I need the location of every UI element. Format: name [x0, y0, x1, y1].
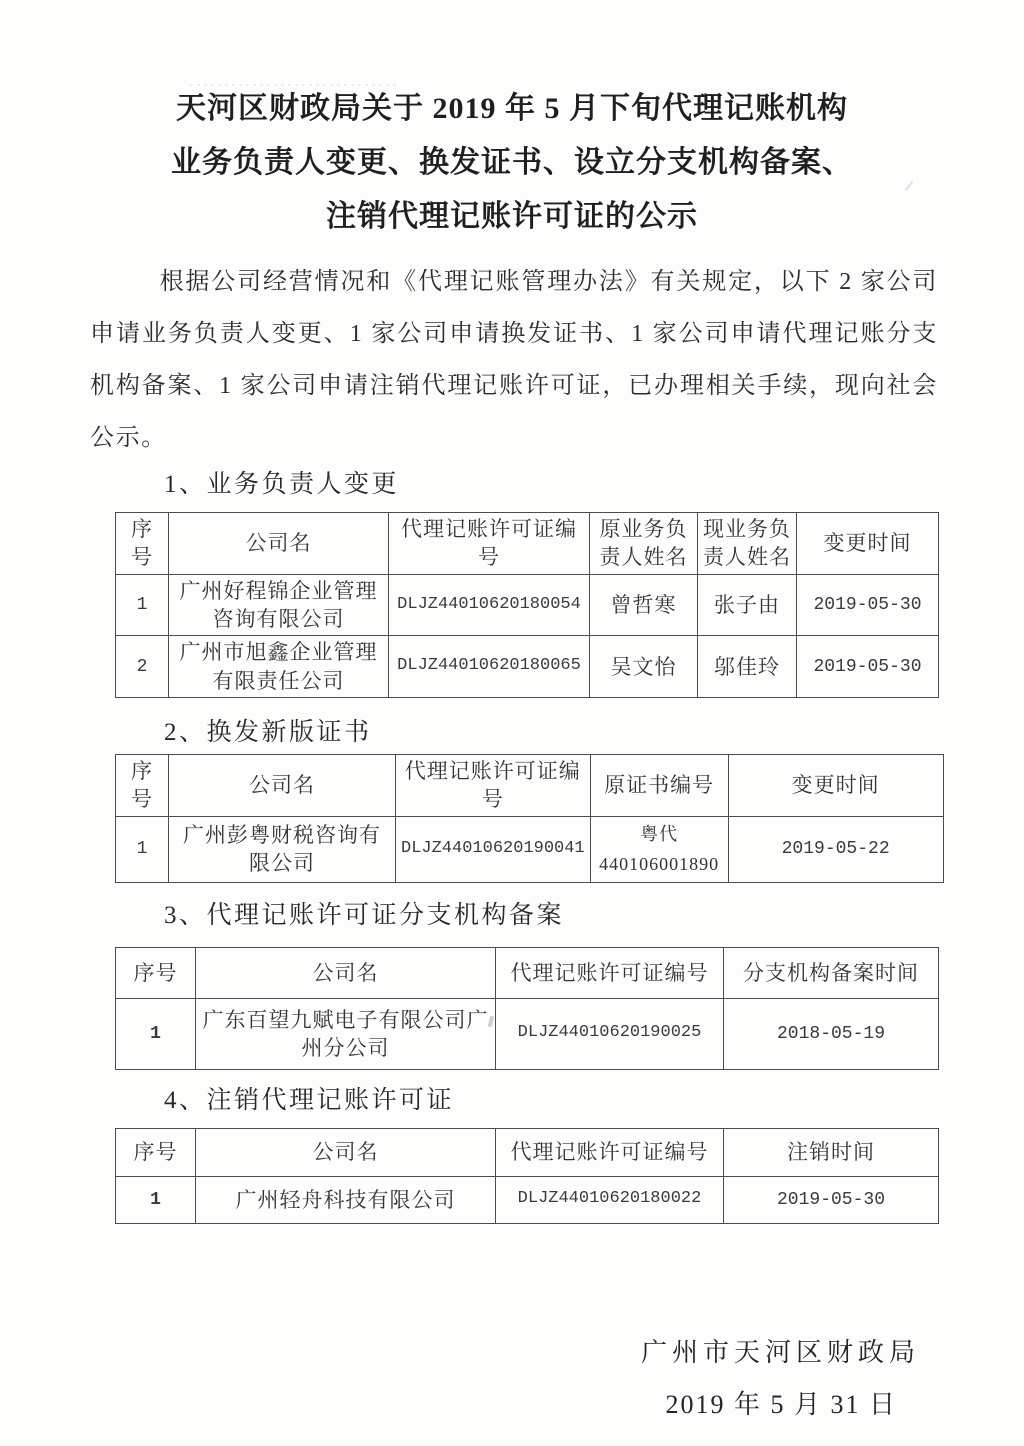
cell-company: 广州好程锦企业管理咨询有限公司 — [169, 574, 389, 636]
cell-company: 广州彭粤财税咨询有限公司 — [169, 816, 396, 882]
col-header-new-manager: 现业务负责人姓名 — [698, 513, 797, 575]
col-header-license-no: 代理记账许可证编号 — [496, 947, 724, 998]
title-line-3: 注销代理记账许可证的公示 — [70, 190, 954, 244]
cell-license-no: DLJZ44010620180022 — [496, 1176, 724, 1223]
table-license-cancellation: 序号 公司名 代理记账许可证编号 注销时间 1 广州轻舟科技有限公司 DLJZ4… — [115, 1128, 939, 1224]
section-2-heading: 2、换发新版证书 — [164, 716, 1024, 750]
table-certificate-renewal: 序号 公司名 代理记账许可证编号 原证书编号 变更时间 1 广州彭粤财税咨询有限… — [115, 754, 944, 883]
table-header-row: 序号 公司名 代理记账许可证编号 原业务负责人姓名 现业务负责人姓名 变更时间 — [116, 513, 939, 575]
cell-license-no: DLJZ44010620180054 — [389, 574, 590, 636]
title-line-2: 业务负责人变更、换发证书、设立分支机构备案、 — [70, 136, 954, 190]
col-header-cancel-date: 注销时间 — [724, 1128, 939, 1176]
cell-new-manager: 邬佳玲 — [698, 636, 797, 698]
section-4-heading: 4、注销代理记账许可证 — [164, 1084, 1024, 1118]
col-header-index: 序号 — [116, 755, 169, 817]
col-header-change-date: 变更时间 — [728, 755, 943, 817]
cell-new-manager: 张子由 — [698, 574, 797, 636]
cell-branch-filing-date: 2018-05-19 — [724, 998, 939, 1069]
cell-old-manager: 曾哲寒 — [590, 574, 698, 636]
cell-company: 广州轻舟科技有限公司 — [196, 1176, 496, 1223]
scan-artifact — [190, 84, 400, 86]
col-header-license-no: 代理记账许可证编号 — [496, 1128, 724, 1176]
cell-index: 2 — [116, 636, 169, 698]
table-row: 2 广州市旭鑫企业管理有限责任公司 DLJZ44010620180065 吴文怡… — [116, 636, 939, 698]
cell-company: 广州市旭鑫企业管理有限责任公司 — [169, 636, 389, 698]
col-header-license-no: 代理记账许可证编号 — [396, 755, 591, 817]
table-manager-change: 序号 公司名 代理记账许可证编号 原业务负责人姓名 现业务负责人姓名 变更时间 … — [115, 512, 939, 698]
table-row: 1 广州彭粤财税咨询有限公司 DLJZ44010620190041 粤代 440… — [116, 816, 944, 882]
col-header-index: 序号 — [116, 513, 169, 575]
cell-index: 1 — [116, 816, 169, 882]
table-header-row: 序号 公司名 代理记账许可证编号 注销时间 — [116, 1128, 939, 1176]
cell-old-cert-no: 粤代 440106001890 — [590, 816, 728, 882]
col-header-company: 公司名 — [196, 947, 496, 998]
signature-block: 广州市天河区财政局 2019 年 5 月 31 日 — [0, 1336, 1024, 1422]
table-branch-filing: 序号 公司名 代理记账许可证编号 分支机构备案时间 1 广东百望九赋电子有限公司… — [115, 947, 939, 1070]
col-header-old-cert-no: 原证书编号 — [590, 755, 728, 817]
cell-license-no: DLJZ44010620190025 — [496, 998, 724, 1069]
col-header-company: 公司名 — [169, 755, 396, 817]
title-line-1: 天河区财政局关于 2019 年 5 月下旬代理记账机构 — [70, 82, 954, 136]
cell-change-date: 2019-05-22 — [728, 816, 943, 882]
document-title: 天河区财政局关于 2019 年 5 月下旬代理记账机构 业务负责人变更、换发证书… — [70, 82, 954, 244]
col-header-company: 公司名 — [169, 513, 389, 575]
col-header-license-no: 代理记账许可证编号 — [389, 513, 590, 575]
cell-license-no: DLJZ44010620190041 — [396, 816, 591, 882]
cell-index: 1 — [116, 1176, 196, 1223]
signature-org: 广州市天河区财政局 — [0, 1336, 1024, 1370]
table-header-row: 序号 公司名 代理记账许可证编号 分支机构备案时间 — [116, 947, 939, 998]
col-header-branch-filing-date: 分支机构备案时间 — [724, 947, 939, 998]
cell-old-manager: 吴文怡 — [590, 636, 698, 698]
document-page: 天河区财政局关于 2019 年 5 月下旬代理记账机构 业务负责人变更、换发证书… — [0, 0, 1024, 1446]
table-row: 1 广东百望九赋电子有限公司广州分公司 DLJZ44010620190025 2… — [116, 998, 939, 1069]
col-header-change-date: 变更时间 — [797, 513, 939, 575]
section-1-heading: 1、业务负责人变更 — [164, 468, 1024, 502]
cell-company: 广东百望九赋电子有限公司广州分公司 — [196, 998, 496, 1069]
section-3-heading: 3、代理记账许可证分支机构备案 — [164, 899, 1024, 933]
cell-change-date: 2019-05-30 — [797, 636, 939, 698]
cell-license-no: DLJZ44010620180065 — [389, 636, 590, 698]
table-row: 1 广州轻舟科技有限公司 DLJZ44010620180022 2019-05-… — [116, 1176, 939, 1223]
table-header-row: 序号 公司名 代理记账许可证编号 原证书编号 变更时间 — [116, 755, 944, 817]
intro-paragraph: 根据公司经营情况和《代理记账管理办法》有关规定，以下 2 家公司申请业务负责人变… — [90, 256, 938, 464]
cell-change-date: 2019-05-30 — [797, 574, 939, 636]
cell-index: 1 — [116, 998, 196, 1069]
col-header-old-manager: 原业务负责人姓名 — [590, 513, 698, 575]
col-header-index: 序号 — [116, 947, 196, 998]
signature-date: 2019 年 5 月 31 日 — [0, 1388, 1024, 1422]
table-row: 1 广州好程锦企业管理咨询有限公司 DLJZ44010620180054 曾哲寒… — [116, 574, 939, 636]
cell-index: 1 — [116, 574, 169, 636]
cell-cancel-date: 2019-05-30 — [724, 1176, 939, 1223]
col-header-index: 序号 — [116, 1128, 196, 1176]
col-header-company: 公司名 — [196, 1128, 496, 1176]
